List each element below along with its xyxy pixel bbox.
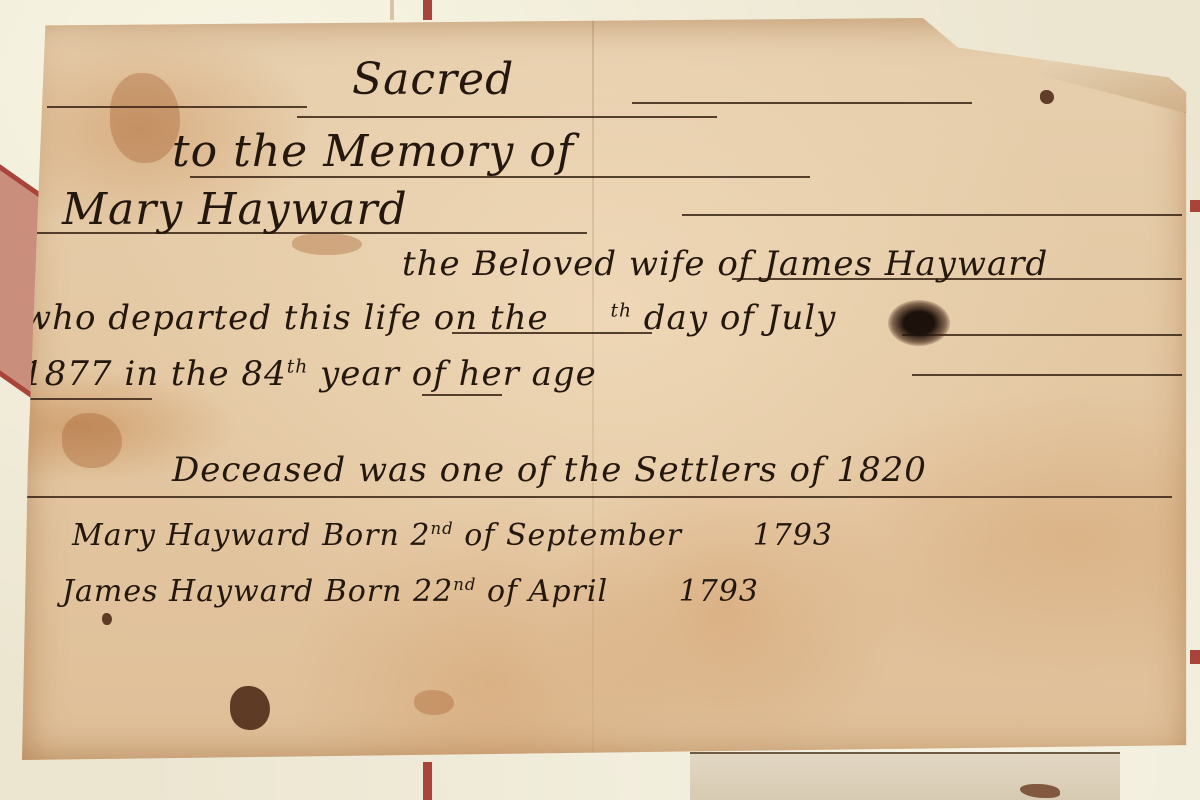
birth-day: 2 — [410, 518, 430, 553]
birth-day-suffix: nd — [453, 575, 476, 594]
water-stain — [292, 233, 362, 255]
age-suffix: th — [287, 357, 309, 378]
memorial-document: Sacred to the Memory of Mary Hayward the… — [22, 18, 1192, 760]
deceased-name: Mary Hayward — [62, 184, 408, 235]
underlying-paper — [690, 752, 1120, 800]
ink-dot — [1040, 90, 1054, 104]
birth-month: of September — [464, 518, 682, 553]
ruled-line — [22, 496, 1172, 498]
year-of-age-text: year of her age — [320, 354, 597, 394]
birth-day: 22 — [413, 574, 453, 609]
ruled-line — [22, 398, 152, 400]
stain — [1020, 784, 1060, 798]
birth-name: James Hayward — [62, 574, 314, 609]
month-text: day of July — [644, 298, 837, 338]
ink-blot — [230, 686, 270, 730]
line-beloved-wife: the Beloved wife of James Hayward — [402, 244, 1048, 284]
departed-text: who departed this life on the — [22, 298, 549, 338]
cloth-stripe — [423, 0, 432, 20]
birth-record-james: James Hayward Born 22nd of April 1793 — [62, 574, 759, 609]
cloth-stripe — [1190, 650, 1200, 664]
cloth-stripe — [1190, 200, 1200, 212]
death-year: 1877 — [22, 354, 113, 394]
birth-record-mary: Mary Hayward Born 2nd of September 1793 — [72, 518, 833, 553]
ruled-line — [47, 106, 307, 108]
heading-sacred: Sacred — [352, 54, 514, 105]
birth-label: Born — [322, 518, 400, 553]
age-text: in the 84 — [124, 354, 286, 394]
birth-month: of April — [487, 574, 608, 609]
line-age: 1877 in the 84th year of her age — [22, 354, 597, 394]
ruled-line — [682, 214, 1182, 216]
line-to-the-memory-of: to the Memory of — [172, 126, 574, 177]
ruled-line — [912, 374, 1182, 376]
day-suffix: th — [610, 301, 632, 322]
birth-label: Born — [325, 574, 403, 609]
water-stain — [414, 690, 454, 715]
ruled-line — [422, 394, 502, 396]
cloth-stripe — [423, 762, 432, 800]
line-settlers: Deceased was one of the Settlers of 1820 — [172, 450, 927, 490]
ink-blot-over-day — [888, 300, 950, 346]
ruled-line — [632, 102, 972, 104]
water-stain — [110, 73, 180, 163]
cloth-stripe — [390, 0, 394, 20]
birth-year: 1793 — [753, 518, 833, 553]
ruled-line — [297, 116, 717, 118]
birth-name: Mary Hayward — [72, 518, 312, 553]
ink-dot — [102, 613, 112, 625]
water-stain — [62, 413, 122, 468]
line-departed: who departed this life on the th day of … — [22, 298, 836, 338]
birth-year: 1793 — [679, 574, 759, 609]
birth-day-suffix: nd — [431, 519, 454, 538]
